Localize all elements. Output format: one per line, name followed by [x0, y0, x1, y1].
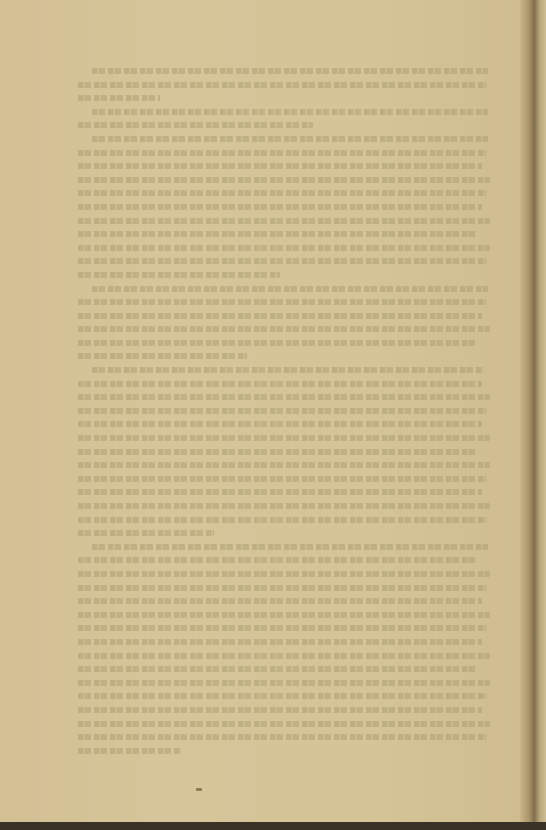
text-line — [78, 159, 490, 173]
text-line — [78, 485, 490, 499]
text-line — [78, 581, 490, 595]
text-line — [78, 717, 490, 731]
text-line — [78, 282, 490, 296]
text-line — [78, 553, 490, 567]
text-line — [78, 513, 490, 527]
text-line — [78, 689, 490, 703]
text-line — [78, 105, 490, 119]
text-line — [78, 499, 490, 513]
text-line — [78, 118, 490, 132]
text-line — [78, 458, 490, 472]
text-line — [78, 214, 490, 228]
text-line — [78, 363, 490, 377]
text-line — [78, 186, 490, 200]
text-line — [78, 635, 490, 649]
text-line — [78, 744, 490, 758]
text-line — [78, 390, 490, 404]
text-line — [78, 91, 490, 105]
text-line — [78, 173, 490, 187]
text-line — [78, 64, 490, 78]
text-line — [78, 78, 490, 92]
text-line — [78, 322, 490, 336]
running-header — [78, 44, 490, 58]
text-line — [78, 662, 490, 676]
text-line — [78, 146, 490, 160]
body-text — [78, 64, 490, 757]
text-line — [78, 200, 490, 214]
text-line — [78, 404, 490, 418]
text-line — [78, 567, 490, 581]
text-line — [78, 472, 490, 486]
footer-mark — [196, 788, 202, 791]
text-line — [78, 295, 490, 309]
text-line — [78, 608, 490, 622]
text-line — [78, 621, 490, 635]
text-line — [78, 268, 490, 282]
text-line — [78, 540, 490, 554]
text-line — [78, 377, 490, 391]
text-line — [78, 730, 490, 744]
text-line — [78, 336, 490, 350]
text-line — [78, 526, 490, 540]
text-line — [78, 227, 490, 241]
text-line — [78, 649, 490, 663]
text-line — [78, 349, 490, 363]
scan-bottom-edge — [0, 822, 546, 830]
scanned-page — [0, 0, 520, 830]
text-line — [78, 309, 490, 323]
text-line — [78, 594, 490, 608]
text-line — [78, 676, 490, 690]
text-line — [78, 703, 490, 717]
text-line — [78, 241, 490, 255]
text-line — [78, 445, 490, 459]
text-line — [78, 431, 490, 445]
book-binding-edge — [520, 0, 546, 830]
text-line — [78, 132, 490, 146]
text-line — [78, 417, 490, 431]
text-line — [78, 254, 490, 268]
